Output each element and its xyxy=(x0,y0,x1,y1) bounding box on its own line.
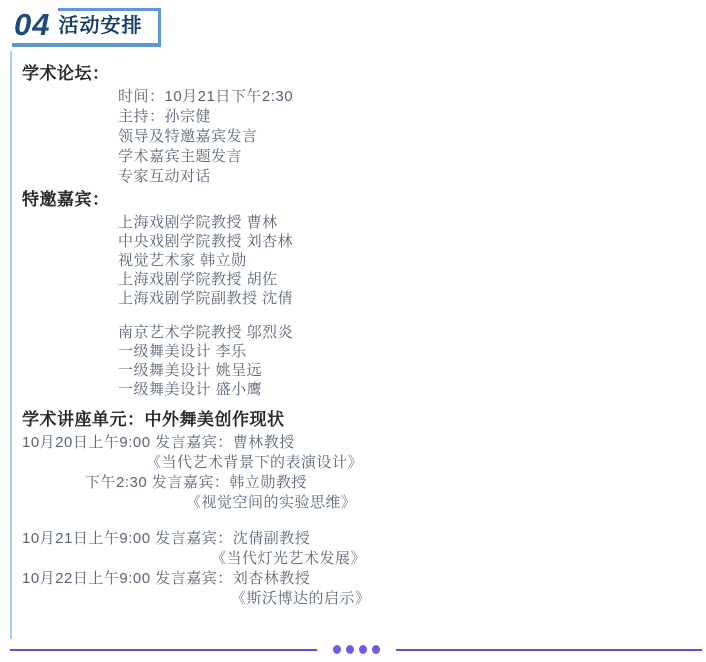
lecture-title-line: 《视觉空间的实验思维》 xyxy=(22,493,706,513)
divider-line-left xyxy=(10,649,317,651)
divider-dots xyxy=(333,645,380,654)
section-number: 04 xyxy=(12,0,58,40)
guest-item: 视觉艺术家 韩立勋 xyxy=(22,251,706,270)
guest-item: 一级舞美设计 李乐 xyxy=(22,342,706,361)
divider-dot-icon xyxy=(346,645,354,654)
guest-item: 一级舞美设计 姚呈远 xyxy=(22,361,706,380)
content-panel: 学术论坛： 时间：10月21日下午2:30 主持：孙宗健 领导及特邀嘉宾发言 学… xyxy=(10,51,706,639)
divider-dot-icon xyxy=(372,645,380,654)
forum-line: 领导及特邀嘉宾发言 xyxy=(22,127,706,147)
divider-dot-icon xyxy=(359,645,367,654)
guest-item: 一级舞美设计 盛小鹰 xyxy=(22,380,706,399)
guests-heading: 特邀嘉宾： xyxy=(22,187,706,213)
forum-line: 专家互动对话 xyxy=(22,167,706,187)
lecture-title-line: 《当代艺术背景下的表演设计》 xyxy=(22,453,706,473)
lecture-time-line: 10月22日上午9:00 发言嘉宾：刘杏林教授 xyxy=(22,569,706,589)
page-title: 活动安排 xyxy=(58,16,142,38)
forum-line: 时间：10月21日下午2:30 xyxy=(22,87,706,107)
footer-divider xyxy=(10,645,702,654)
guests-section: 特邀嘉宾： 上海戏剧学院教授 曹林 中央戏剧学院教授 刘杏林 视觉艺术家 韩立勋… xyxy=(22,187,706,399)
page: 04 活动安排 学术论坛： 时间：10月21日下午2:30 主持：孙宗健 领导及… xyxy=(0,0,706,662)
guest-item: 中央戏剧学院教授 刘杏林 xyxy=(22,232,706,251)
guest-item: 南京艺术学院教授 邬烈炎 xyxy=(22,323,706,342)
lecture-time-line: 10月20日上午9:00 发言嘉宾：曹林教授 xyxy=(22,433,706,453)
lectures-heading: 学术讲座单元：中外舞美创作现状 xyxy=(22,407,706,433)
guest-group-gap xyxy=(22,308,706,323)
section-header-box: 04 活动安排 xyxy=(12,8,161,47)
divider-line-right xyxy=(396,649,703,651)
section-header: 04 活动安排 xyxy=(0,0,706,47)
lectures-section: 学术讲座单元：中外舞美创作现状 10月20日上午9:00 发言嘉宾：曹林教授 《… xyxy=(22,407,706,609)
divider-dot-icon xyxy=(333,645,341,654)
guest-item: 上海戏剧学院教授 胡佐 xyxy=(22,270,706,289)
lecture-title-line: 《斯沃博达的启示》 xyxy=(22,589,706,609)
forum-heading: 学术论坛： xyxy=(22,61,706,87)
forum-line: 主持：孙宗健 xyxy=(22,107,706,127)
lecture-time-line: 10月21日上午9:00 发言嘉宾：沈倩副教授 xyxy=(22,529,706,549)
guest-item: 上海戏剧学院副教授 沈倩 xyxy=(22,289,706,308)
lecture-title-line: 《当代灯光艺术发展》 xyxy=(22,549,706,569)
forum-section: 学术论坛： 时间：10月21日下午2:30 主持：孙宗健 领导及特邀嘉宾发言 学… xyxy=(22,61,706,187)
guest-item: 上海戏剧学院教授 曹林 xyxy=(22,213,706,232)
forum-line: 学术嘉宾主题发言 xyxy=(22,147,706,167)
lecture-time-line: 下午2:30 发言嘉宾：韩立勋教授 xyxy=(22,473,706,493)
